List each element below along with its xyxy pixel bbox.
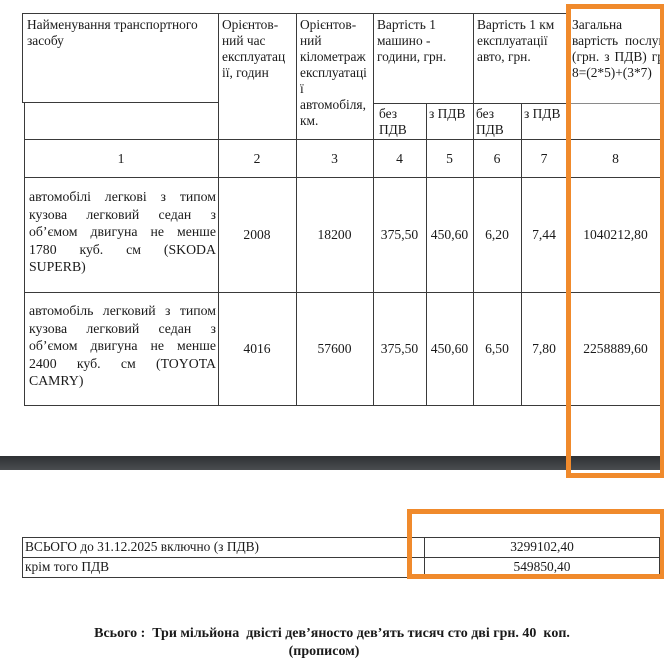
km-rate-with-vat: 7,44 bbox=[521, 178, 567, 292]
column-number-7: 7 bbox=[521, 140, 567, 177]
mileage: 57600 bbox=[296, 293, 373, 405]
header-operating-hours: Орієнтов-ний час експлуатац ії, годин bbox=[222, 17, 294, 81]
column-number-2: 2 bbox=[218, 140, 296, 177]
subheader-km-with-vat: з ПДВ bbox=[524, 106, 568, 122]
header-machine-hour-cost: Вартість 1 машино - години, грн. bbox=[377, 17, 471, 65]
subheader-hour-no-vat: без ПДВ bbox=[379, 106, 423, 138]
header-km-cost: Вартість 1 км експлуатації авто, грн. bbox=[477, 17, 567, 65]
col1-header-divider bbox=[22, 102, 218, 103]
hour-rate-with-vat: 450,60 bbox=[426, 178, 473, 292]
hour-rate-with-vat: 450,60 bbox=[426, 293, 473, 405]
amount-in-words: Всього : Три мільйона двісті дев’яносто … bbox=[0, 626, 664, 642]
column-number-3: 3 bbox=[296, 140, 373, 177]
column-number-6: 6 bbox=[473, 140, 521, 177]
km-rate-no-vat: 6,50 bbox=[473, 293, 521, 405]
vat-label: крім того ПДВ bbox=[25, 558, 109, 576]
amount-in-words-caption: (прописом) bbox=[0, 644, 656, 660]
column-number-1: 1 bbox=[24, 140, 218, 177]
km-rate-no-vat: 6,20 bbox=[473, 178, 521, 292]
header-mileage: Орієнтов-ний кілометраж експлуатаці ї ав… bbox=[300, 17, 372, 129]
col1-left-border-upper bbox=[22, 13, 23, 103]
subheader-km-no-vat: без ПДВ bbox=[476, 106, 520, 138]
header-vehicle-name: Найменування транспортного засобу bbox=[27, 17, 215, 49]
operating-hours: 4016 bbox=[218, 293, 296, 405]
highlight-total-column bbox=[566, 4, 664, 478]
subheader-hour-with-vat: з ПДВ bbox=[429, 106, 473, 122]
table-border-top bbox=[22, 13, 568, 14]
vehicle-name: автомобілі легкові з типом кузова легков… bbox=[29, 188, 216, 276]
subheader-divider bbox=[373, 103, 568, 104]
page-break-band bbox=[0, 456, 664, 470]
mileage: 18200 bbox=[296, 178, 373, 292]
hour-rate-no-vat: 375,50 bbox=[373, 178, 426, 292]
highlight-totals bbox=[407, 509, 664, 579]
km-rate-with-vat: 7,80 bbox=[521, 293, 567, 405]
vehicle-name: автомобіль легковий з типом кузова легко… bbox=[29, 302, 216, 390]
totals-left-border bbox=[22, 537, 23, 578]
column-number-5: 5 bbox=[426, 140, 473, 177]
column-number-4: 4 bbox=[373, 140, 426, 177]
total-with-vat-label: ВСЬОГО до 31.12.2025 включно (з ПДВ) bbox=[25, 538, 259, 556]
hour-rate-no-vat: 375,50 bbox=[373, 293, 426, 405]
operating-hours: 2008 bbox=[218, 178, 296, 292]
